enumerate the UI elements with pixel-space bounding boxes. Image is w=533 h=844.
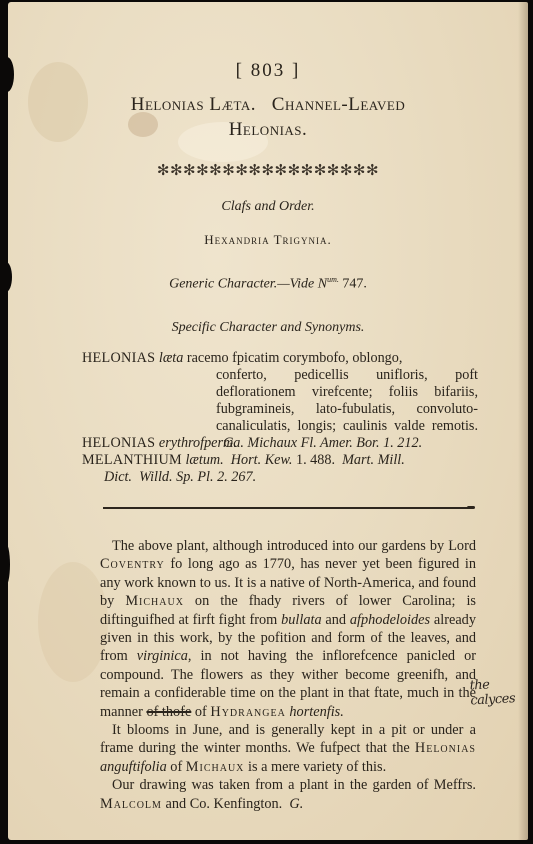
page-number: [ 803 ] [8, 60, 528, 82]
synonym-reference: erythrofperma. Michaux Fl. Amer. Bor. 1.… [159, 435, 422, 451]
generic-character: Generic Character.—Vide Num. 747. [8, 275, 528, 293]
synonym-genus: MELANTHIUM [82, 452, 182, 468]
text: and Co. Kenfington. [162, 796, 289, 812]
synonym-reference: lætum. Hort. Kew. [185, 452, 292, 468]
synonym-genus: HELONIAS [82, 435, 155, 451]
synonym-reference: Mart. Mill. [342, 452, 405, 468]
species-name: afphodeloides [350, 612, 430, 628]
title-line-1: Helonias Læta. Channel-Leaved [8, 92, 528, 117]
genus-name: Hydrangea [210, 704, 285, 720]
paragraph-2: It blooms in June, and is generally kept… [100, 721, 476, 776]
synonym-reference-continued: Dict. Willd. Sp. Pl. 2. 267. [104, 469, 256, 485]
description-body: The above plant, although introduced int… [100, 537, 476, 813]
author-sign: G. [289, 796, 303, 812]
synonym-entry: MELANTHIUM lætum. Hort. Kew. 1. 488. Mar… [82, 452, 478, 486]
text: and [322, 612, 350, 628]
synonym-description-text: conferto, pedicellis unifloris, poft def… [216, 367, 478, 434]
text: is a mere variety of this. [244, 759, 386, 775]
synonym-species: læta [159, 350, 183, 366]
torn-edge [0, 542, 10, 587]
text: of [167, 759, 186, 775]
book-page: [ 803 ] Helonias Læta. Channel-Leaved He… [8, 2, 528, 840]
species-name: bullata [281, 612, 322, 628]
synonym-entry: HELONIAS erythrofperma. Michaux Fl. Amer… [82, 435, 478, 452]
title-line-2: Helonias. [8, 117, 528, 142]
generic-character-label: Generic Character.—Vide N [169, 277, 327, 292]
struck-text: of thofe [146, 704, 191, 720]
person-name: Malcolm [100, 796, 162, 812]
page-title: Helonias Læta. Channel-Leaved Helonias. [8, 92, 528, 142]
paragraph-1: The above plant, although introduced int… [100, 537, 476, 721]
species-name: virginica [137, 648, 188, 664]
horizontal-rule [103, 507, 471, 509]
paragraph-3: Our drawing was taken from a plant in th… [100, 776, 476, 813]
handwritten-annotation: the calyces [469, 676, 528, 709]
person-name: Michaux [125, 593, 184, 609]
text: of [191, 704, 210, 720]
person-name: Coventry [100, 556, 165, 572]
text: The above plant, although introduced int… [112, 538, 476, 554]
text: Our drawing was taken from a plant in th… [112, 777, 476, 793]
person-name: Michaux [186, 759, 245, 775]
synonym-reference-number: 1. 488. [292, 452, 342, 468]
class-order-heading: Clafs and Order. [8, 199, 528, 215]
specific-character-heading: Specific Character and Synonyms. [8, 320, 528, 336]
generic-character-number: 747. [339, 277, 367, 292]
generic-character-sup: um. [327, 275, 339, 284]
genus-name: Helonias [415, 740, 476, 756]
species-name: hortenfis. [289, 704, 343, 720]
asterisk-ornament: ✻✻✻✻✻✻✻✻✻✻✻✻✻✻✻✻✻ [8, 161, 528, 180]
synonym-text: racemo fpicatim corymbofo, oblongo, [183, 350, 402, 366]
species-name: anguftifolia [100, 759, 167, 775]
synonym-genus: HELONIAS [82, 350, 155, 366]
paper-stain [38, 562, 108, 682]
class-order-value: Hexandria Trigynia. [8, 232, 528, 248]
